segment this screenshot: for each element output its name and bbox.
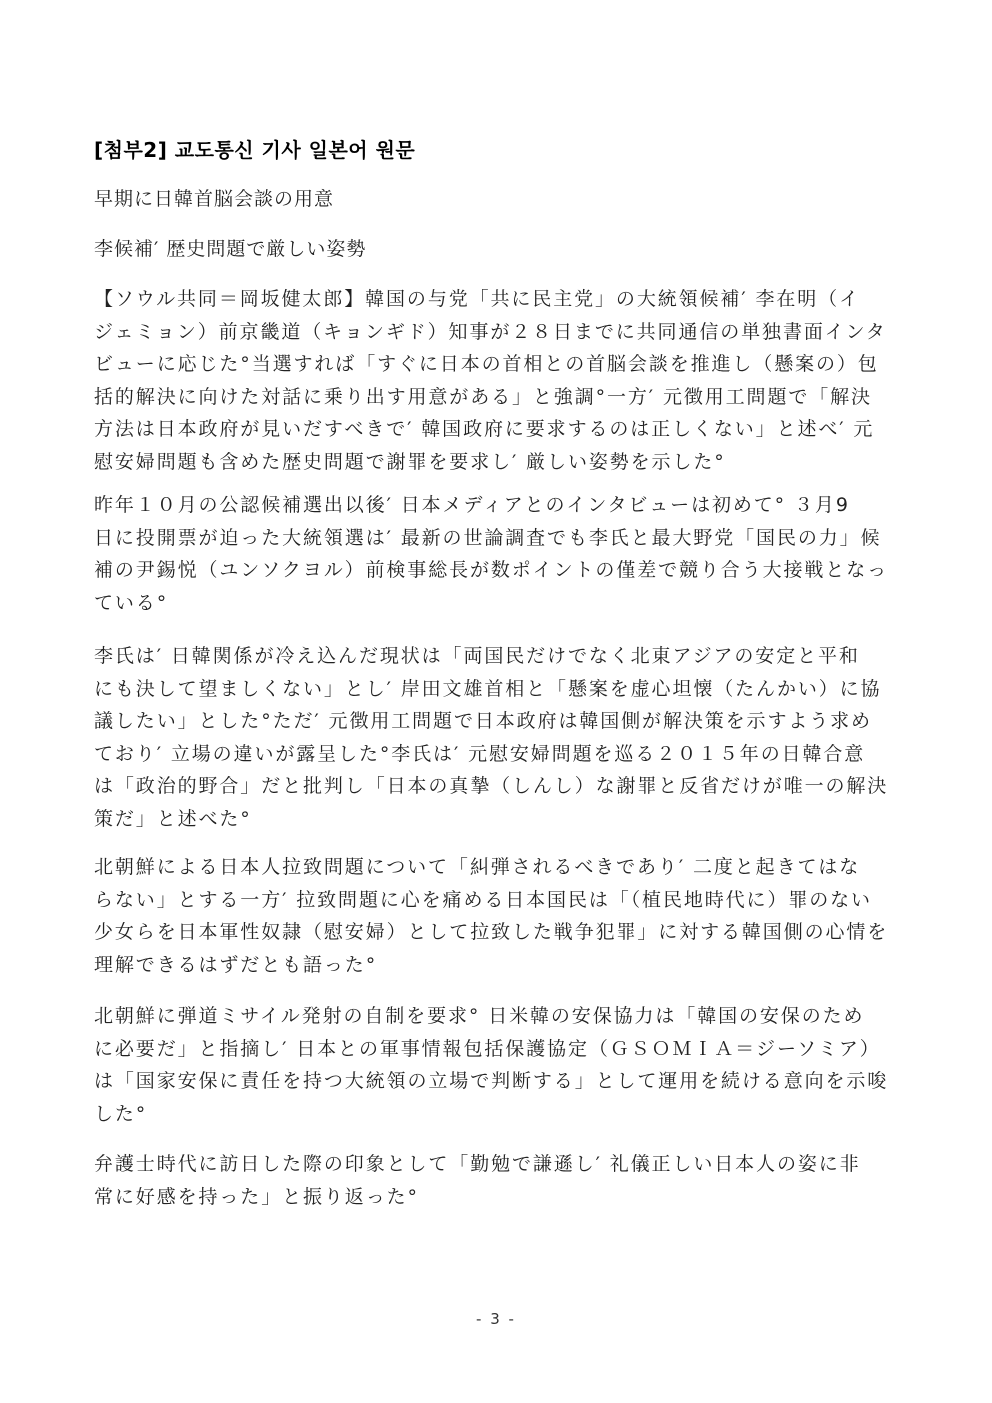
paragraph-6: 弁護士時代に訪日した際の印象として「勤勉で謙遜し′ 礼儀正しい日本人の姿に非 常… (94, 1148, 904, 1213)
attachment-heading: [첨부2] 교도통신 기사 일본어 원문 (94, 134, 415, 163)
paragraph-5: 北朝鮮に弾道ミサイル発射の自制を要求° 日米韓の安保協力は「韓国の安保のため に… (94, 1000, 904, 1130)
text-line: した° (94, 1098, 904, 1131)
text-line: は「国家安保に責任を持つ大統領の立場で判断する」として運用を続ける意向を示唆 (94, 1065, 904, 1098)
text-line: 李氏は′ 日韓関係が冷え込んだ現状は「両国民だけでなく北東アジアの安定と平和 (94, 640, 904, 673)
text-line: 少女らを日本軍性奴隷（慰安婦）として拉致した戦争犯罪」に対する韓国側の心情を (94, 916, 904, 949)
text-line: に必要だ」と指摘し′ 日本との軍事情報包括保護協定（ＧＳＯＭＩＡ＝ジーソミア） (94, 1033, 904, 1066)
paragraph-2: 昨年１０月の公認候補選出以後′ 日本メディアとのインタビューは初めて° ３月9 … (94, 489, 904, 619)
text-line: 慰安婦問題も含めた歴史問題で謝罪を要求し′ 厳しい姿勢を示した° (94, 446, 904, 479)
text-line: 方法は日本政府が見いだすべきで′ 韓国政府に要求するのは正しくない」と述べ′ 元 (94, 413, 904, 446)
text-line: は「政治的野合」だと批判し「日本の真摯（しんし）な謝罪と反省だけが唯一の解決 (94, 770, 904, 803)
text-line: ジェミョン）前京畿道（キョンギド）知事が２８日までに共同通信の単独書面インタ (94, 316, 904, 349)
text-line: にも決して望ましくない」とし′ 岸田文雄首相と「懸案を虚心坦懐（たんかい）に協 (94, 673, 904, 706)
text-line: 策だ」と述べた° (94, 803, 904, 836)
text-line: 議したい」とした°ただ′ 元徴用工問題で日本政府は韓国側が解決策を示すよう求め (94, 705, 904, 738)
text-line: ている° (94, 587, 904, 620)
text-line: 日に投開票が迫った大統領選は′ 最新の世論調査でも李氏と最大野党「国民の力」候 (94, 522, 904, 555)
text-line: 北朝鮮による日本人拉致問題について「糾弾されるべきであり′ 二度と起きてはな (94, 851, 904, 884)
paragraph-4: 北朝鮮による日本人拉致問題について「糾弾されるべきであり′ 二度と起きてはな ら… (94, 851, 904, 981)
text-line: 括的解決に向けた対話に乗り出す用意がある」と強調°一方′ 元徴用工問題で「解決 (94, 381, 904, 414)
text-line: 弁護士時代に訪日した際の印象として「勤勉で謙遜し′ 礼儀正しい日本人の姿に非 (94, 1148, 904, 1181)
text-line: ており′ 立場の違いが露呈した°李氏は′ 元慰安婦問題を巡る２０１５年の日韓合意 (94, 738, 904, 771)
text-line: ビューに応じた°当選すれば「すぐに日本の首相との首脳会談を推進し（懸案の）包 (94, 348, 904, 381)
text-line: 【ソウル共同＝岡坂健太郎】韓国の与党「共に民主党」の大統領候補′ 李在明（イ (94, 283, 904, 316)
article-headline: 早期に日韓首脳会談の用意 (94, 184, 334, 211)
page-number: - 3 - (0, 1310, 992, 1328)
text-line: 昨年１０月の公認候補選出以後′ 日本メディアとのインタビューは初めて° ３月9 (94, 489, 904, 522)
text-line: 北朝鮮に弾道ミサイル発射の自制を要求° 日米韓の安保協力は「韓国の安保のため (94, 1000, 904, 1033)
text-line: 理解できるはずだとも語った° (94, 949, 904, 982)
text-line: 常に好感を持った」と振り返った° (94, 1181, 904, 1214)
article-subheadline: 李候補′ 歴史問題で厳しい姿勢 (94, 234, 366, 261)
paragraph-3: 李氏は′ 日韓関係が冷え込んだ現状は「両国民だけでなく北東アジアの安定と平和 に… (94, 640, 904, 835)
paragraph-1: 【ソウル共同＝岡坂健太郎】韓国の与党「共に民主党」の大統領候補′ 李在明（イ ジ… (94, 283, 904, 478)
text-line: らない」とする一方′ 拉致問題に心を痛める日本国民は「（植民地時代に）罪のない (94, 884, 904, 917)
text-line: 補の尹錫悦（ユンソクヨル）前検事総長が数ポイントの僅差で競り合う大接戦となっ (94, 554, 904, 587)
